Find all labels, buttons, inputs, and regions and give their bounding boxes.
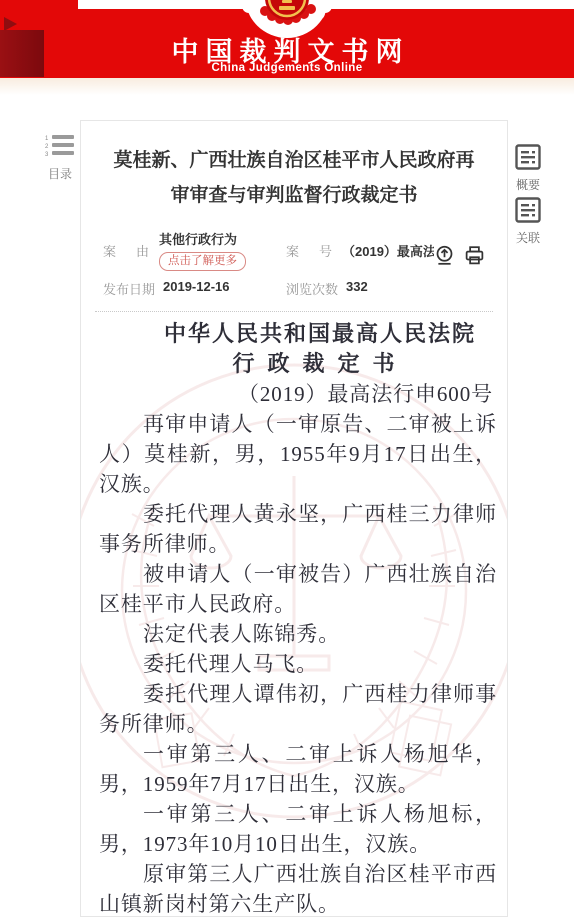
- case-number-line: （2019）最高法行申600号: [99, 379, 497, 409]
- summary-button[interactable]: 概要: [508, 144, 548, 193]
- site-subtitle: China Judgements Online: [0, 62, 574, 74]
- paragraph: 委托代理人马飞。: [99, 649, 497, 679]
- case-number-label: 案号: [286, 241, 332, 260]
- svg-text:3: 3: [45, 152, 49, 158]
- page-title: 莫桂新、广西壮族自治区桂平市人民政府再审审查与审判监督行政裁定书: [105, 143, 483, 213]
- summary-label: 概要: [508, 176, 548, 193]
- judgement-document-panel: 莫桂新、广西壮族自治区桂平市人民政府再审审查与审判监督行政裁定书 案由 其他行政…: [80, 120, 508, 917]
- court-name: 中华人民共和国最高人民法院: [99, 319, 497, 349]
- paragraph: 委托代理人黄永坚，广西桂三力律师事务所律师。: [99, 499, 497, 559]
- meta-section: 案由 其他行政行为 点击了解更多 案号 （2019）最高法行申: [81, 229, 507, 298]
- paragraph: 一审第三人、二审上诉人杨旭标，男，1973年10月10日出生，汉族。: [99, 799, 497, 859]
- paragraph: 再审申请人（一审原告、二审被上诉人）莫桂新，男，1955年9月17日出生，汉族。: [99, 409, 497, 499]
- document-lines-icon: [515, 210, 541, 227]
- related-button[interactable]: 关联: [508, 197, 548, 246]
- site-banner: 中国裁判文书网 China Judgements Online: [0, 0, 574, 78]
- related-label: 关联: [508, 229, 548, 246]
- print-icon[interactable]: [464, 245, 485, 269]
- document-lines-icon: [515, 157, 541, 174]
- views-value: 332: [346, 279, 368, 298]
- views-label: 浏览次数: [286, 279, 338, 298]
- paragraph: 法定代表人陈锦秀。: [99, 619, 497, 649]
- page: 中国裁判文书网 China Judgements Online 1 2 3 目录: [0, 0, 574, 917]
- cause-value: 其他行政行为: [159, 229, 237, 248]
- publish-date-value: 2019-12-16: [163, 279, 230, 298]
- cause-label: 案由: [103, 241, 149, 260]
- document-body: 中华人民共和国最高人民法院 行政裁定书 （2019）最高法行申600号 再审申请…: [81, 312, 507, 917]
- toc-label: 目录: [42, 165, 78, 182]
- publish-date-label: 发布日期: [103, 279, 155, 298]
- toc-button[interactable]: 1 2 3 目录: [42, 134, 78, 182]
- banner-bottom-fade: [0, 78, 574, 95]
- ribbon-arrow-icon: [4, 17, 17, 31]
- learn-more-button[interactable]: 点击了解更多: [159, 252, 246, 271]
- case-number-value: （2019）最高法行申: [342, 241, 434, 260]
- numbered-list-icon: 1 2 3: [45, 145, 75, 162]
- paragraph: 委托代理人谭伟初，广西桂力律师事务所律师。: [99, 679, 497, 739]
- download-icon[interactable]: [434, 245, 455, 269]
- svg-text:1: 1: [45, 136, 49, 142]
- document-type: 行政裁定书: [99, 349, 497, 379]
- paragraph: 原审第三人广西壮族自治区桂平市西山镇新岗村第六生产队。: [99, 859, 497, 917]
- paragraph: 一审第三人、二审上诉人杨旭华，男，1959年7月17日出生，汉族。: [99, 739, 497, 799]
- paragraph: 被申请人（一审被告）广西壮族自治区桂平市人民政府。: [99, 559, 497, 619]
- svg-text:2: 2: [45, 144, 49, 150]
